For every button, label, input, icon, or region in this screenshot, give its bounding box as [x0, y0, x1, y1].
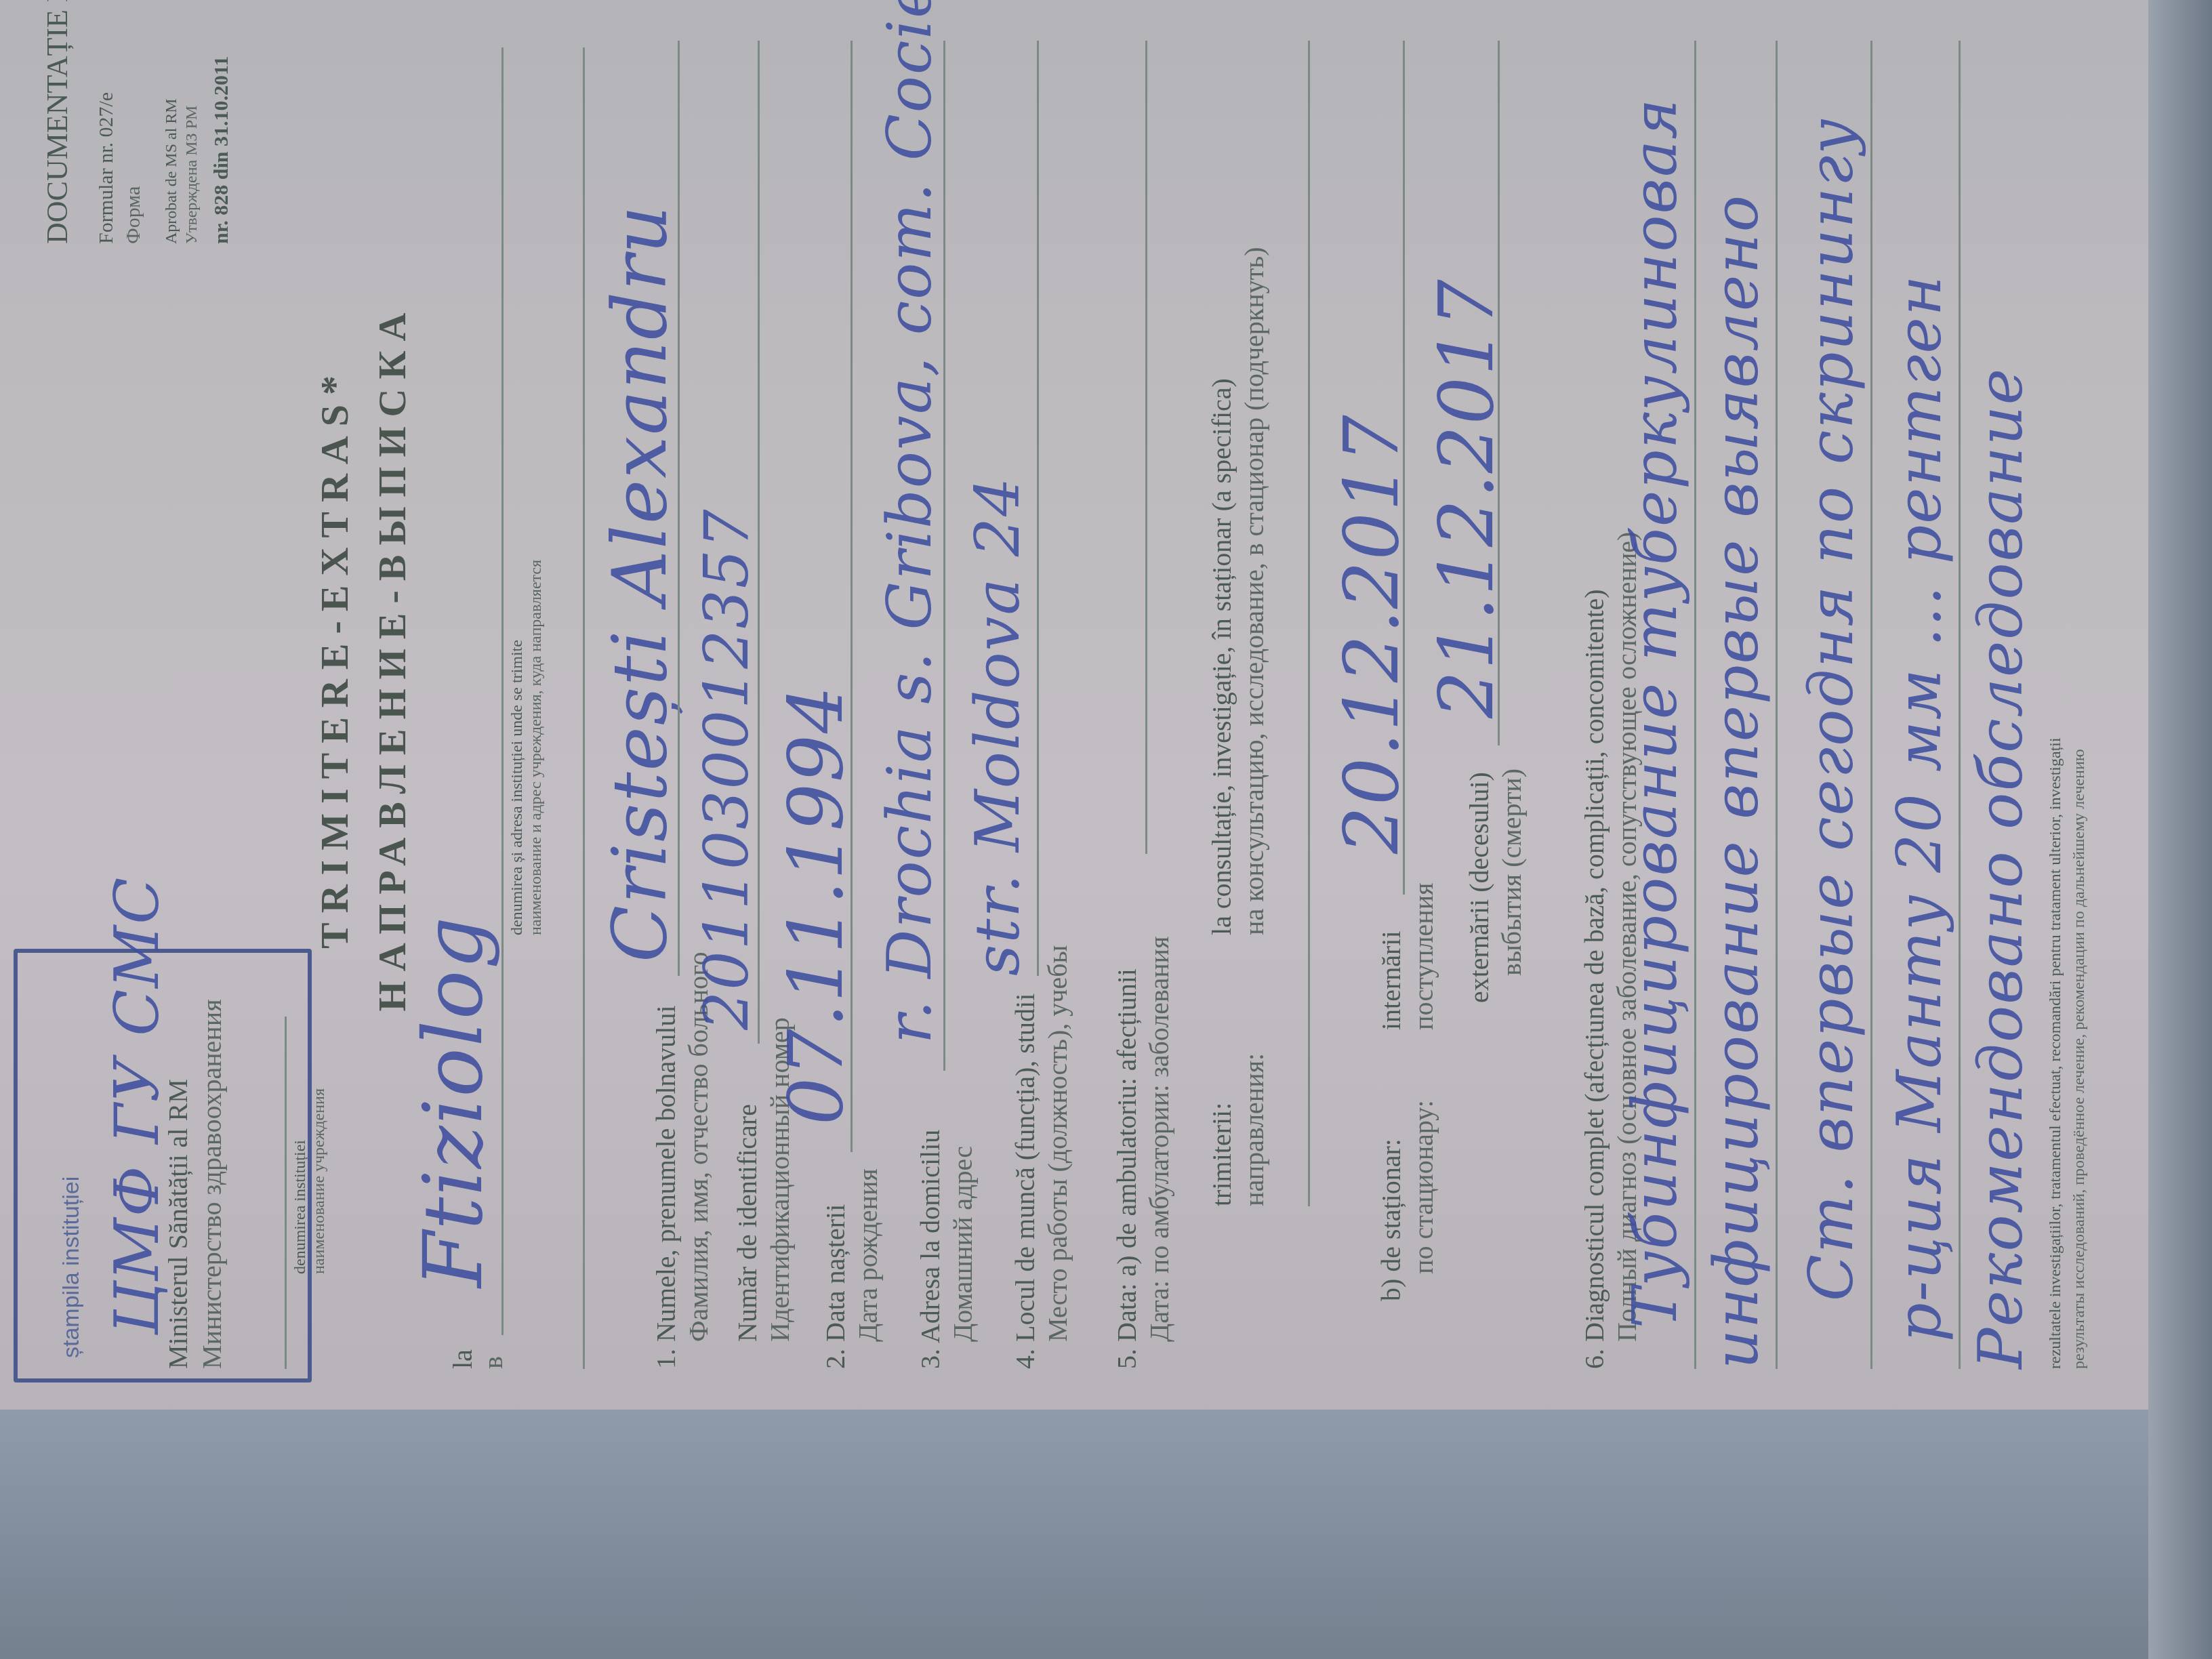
- institution-handwritten: ЦМФ ГУ СМС: [102, 876, 173, 1335]
- referral-label-ro: trimiterii:: [1206, 1103, 1237, 1206]
- field-2-label-ru: Дата рождения: [853, 1168, 884, 1342]
- inpatient-label-ro: b) de staționar:: [1376, 1139, 1407, 1301]
- institution-caption-ro: denumirea instituției: [291, 1140, 310, 1274]
- referral-note-ro: la consultație, investigație, în stațion…: [1206, 378, 1237, 935]
- form-code-ro: Formular nr. 027/e: [95, 92, 119, 244]
- admission-date-value: 20.12.2017: [1328, 413, 1415, 854]
- ministry-name-ru: Министерство здравоохранения: [197, 999, 228, 1369]
- diagnosis-line-4: р-ция Манту 20 мм ... рентген: [1884, 274, 1955, 1342]
- destination-value: Ftiziolog: [407, 916, 501, 1288]
- form-title-ro: TRIMITERE-EXTRAS*: [312, 285, 357, 1030]
- discharge-label-ru: выбытия (смерти): [1496, 769, 1528, 976]
- id-number-value: 2011030012357: [691, 508, 762, 1030]
- admission-label-ru: поступления: [1408, 883, 1439, 1030]
- admission-label-ro: internării: [1376, 930, 1407, 1030]
- stamp-label: ștampila instituției: [58, 1176, 85, 1358]
- id-number-label-ro: Număr de identificare: [732, 1104, 763, 1342]
- home-address-value: r. Drochia s. Gribova, com. Cociera: [874, 0, 945, 1044]
- discharge-label-ro: externării (decesului): [1464, 772, 1495, 1003]
- field-2-label-ro: 2. Data nașterii: [820, 1204, 851, 1369]
- desk-background-right: [2148, 0, 2212, 1659]
- order-reference: nr. 828 din 31.10.2011: [210, 56, 234, 244]
- diagnosis-line-2: инфицирование впервые выявлено: [1701, 194, 1772, 1369]
- medical-documentation-header: DOCUMENTAȚIE MEDICALĂ: [41, 0, 75, 244]
- approved-ru: Утверждена МЗ РМ: [183, 106, 202, 244]
- birth-date-value: 07.11.1994: [773, 684, 859, 1125]
- footer-note-ru: результаты исследований, проведённое леч…: [2070, 749, 2089, 1369]
- referral-label-ru: направления:: [1239, 1053, 1270, 1206]
- medical-form-paper: ștampila instituției Ministerul Sănătăți…: [0, 0, 2148, 1410]
- destination-caption-ro: denumirea și adresa instituției unde se …: [508, 640, 527, 935]
- patient-name-value: Cristești Alexandru: [596, 204, 683, 962]
- field-4-label-ro: 4. Locul de muncă (funcția), studii: [1010, 994, 1041, 1369]
- destination-caption-ru: наименование и адрес учреждения, куда на…: [527, 560, 546, 935]
- inpatient-label-ru: по стационару:: [1408, 1100, 1439, 1274]
- field-4-label-ru: Место работы (должность), учебы: [1042, 945, 1073, 1342]
- diagnosis-label-ro: 6. Diagnosticul complet (afecțiunea de b…: [1579, 589, 1610, 1369]
- diagnosis-line-5: Рекомендовано обследование: [1965, 367, 2036, 1369]
- desk-background: [0, 1410, 2212, 1659]
- footer-note-ro: rezultatele investigațiilor, tratamentul…: [2047, 737, 2066, 1369]
- form-code-ru: Форма: [122, 186, 146, 244]
- referral-note-ru: на консультацию, исследование, в стацион…: [1239, 247, 1270, 935]
- workplace-value: str. Moldova 24: [962, 476, 1033, 976]
- discharge-date-value: 21.12.2017: [1423, 278, 1510, 718]
- approved-ro: Aprobat de MS al RM: [163, 98, 182, 244]
- field-1-label-ro: 1. Numele, prenumele bolnavului: [651, 1005, 682, 1369]
- institution-caption-ru: наименование учреждения: [310, 1088, 329, 1274]
- to-label-ro: la: [447, 1349, 478, 1369]
- to-label-ru: в: [478, 1356, 509, 1369]
- field-5-label-ru: Дата: по амбулатории: заболевания: [1144, 937, 1175, 1342]
- diagnosis-line-1: Тубинфицирование туберкулиновая: [1620, 98, 1691, 1328]
- field-5-label-ro: 5. Data: a) de ambulatoriu: afecțiunii: [1111, 968, 1143, 1369]
- diagnosis-line-3: Ст. впервые сегодня по скринингу: [1796, 117, 1867, 1301]
- field-3-label-ru: Домашний адрес: [947, 1146, 979, 1342]
- field-3-label-ro: 3. Adresa la domiciliu: [915, 1130, 946, 1369]
